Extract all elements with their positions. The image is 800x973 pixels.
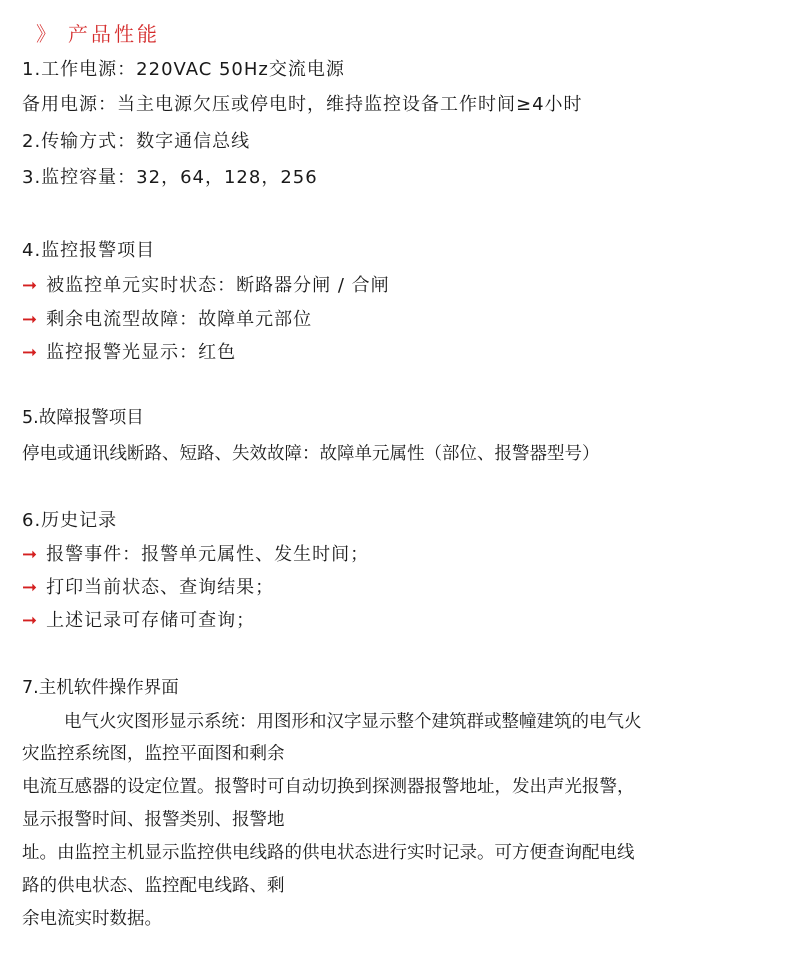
software-heading: 7.主机软件操作界面 bbox=[22, 676, 179, 700]
right-arrow-icon: ➞ bbox=[22, 544, 38, 565]
alarm-bullet: ➞监控报警光显示：红色 bbox=[22, 341, 236, 365]
alarm-items-heading: 4.监控报警项目 bbox=[22, 239, 155, 263]
power-line: 1.工作电源：220VAC 50Hz交流电源 bbox=[22, 58, 345, 82]
history-bullet: ➞报警事件：报警单元属性、发生时间； bbox=[22, 543, 369, 567]
section-title: 》产品性能 bbox=[36, 21, 160, 47]
fault-items-heading: 5.故障报警项目 bbox=[22, 406, 144, 430]
capacity-line: 3.监控容量：32，64，128，256 bbox=[22, 166, 318, 190]
double-chevron-icon: 》 bbox=[36, 22, 56, 46]
history-heading: 6.历史记录 bbox=[22, 509, 117, 533]
history-bullet: ➞上述记录可存储可查询； bbox=[22, 609, 255, 633]
software-paragraph-line: 路的供电状态、监控配电线路、剩 bbox=[22, 874, 285, 898]
right-arrow-icon: ➞ bbox=[22, 275, 38, 296]
alarm-bullet: ➞被监控单元实时状态：断路器分闸 / 合闸 bbox=[22, 274, 390, 298]
software-paragraph-line: 电流互感器的设定位置。报警时可自动切换到探测器报警地址，发出声光报警， bbox=[22, 775, 635, 799]
software-paragraph-line: 余电流实时数据。 bbox=[22, 907, 162, 931]
alarm-bullet: ➞剩余电流型故障：故障单元部位 bbox=[22, 308, 312, 332]
backup-power-line: 备用电源：当主电源欠压或停电时，维持监控设备工作时间≥4小时 bbox=[22, 93, 583, 117]
right-arrow-icon: ➞ bbox=[22, 309, 38, 330]
history-bullet: ➞打印当前状态、查询结果； bbox=[22, 576, 274, 600]
fault-items-text: 停电或通讯线断路、短路、失效故障：故障单元属性（部位、报警器型号） bbox=[22, 442, 600, 466]
software-paragraph-line: 灾监控系统图，监控平面图和剩余 bbox=[22, 742, 285, 766]
software-paragraph-line: 址。由监控主机显示监控供电线路的供电状态进行实时记录。可方便查询配电线 bbox=[22, 841, 635, 865]
title-text: 产品性能 bbox=[68, 22, 160, 46]
right-arrow-icon: ➞ bbox=[22, 342, 38, 363]
software-paragraph-line: 电气火灾图形显示系统：用图形和汉字显示整个建筑群或整幢建筑的电气火 bbox=[22, 710, 642, 734]
right-arrow-icon: ➞ bbox=[22, 577, 38, 598]
transmission-line: 2.传输方式：数字通信总线 bbox=[22, 130, 250, 154]
right-arrow-icon: ➞ bbox=[22, 610, 38, 631]
software-paragraph-line: 显示报警时间、报警类别、报警地 bbox=[22, 808, 285, 832]
